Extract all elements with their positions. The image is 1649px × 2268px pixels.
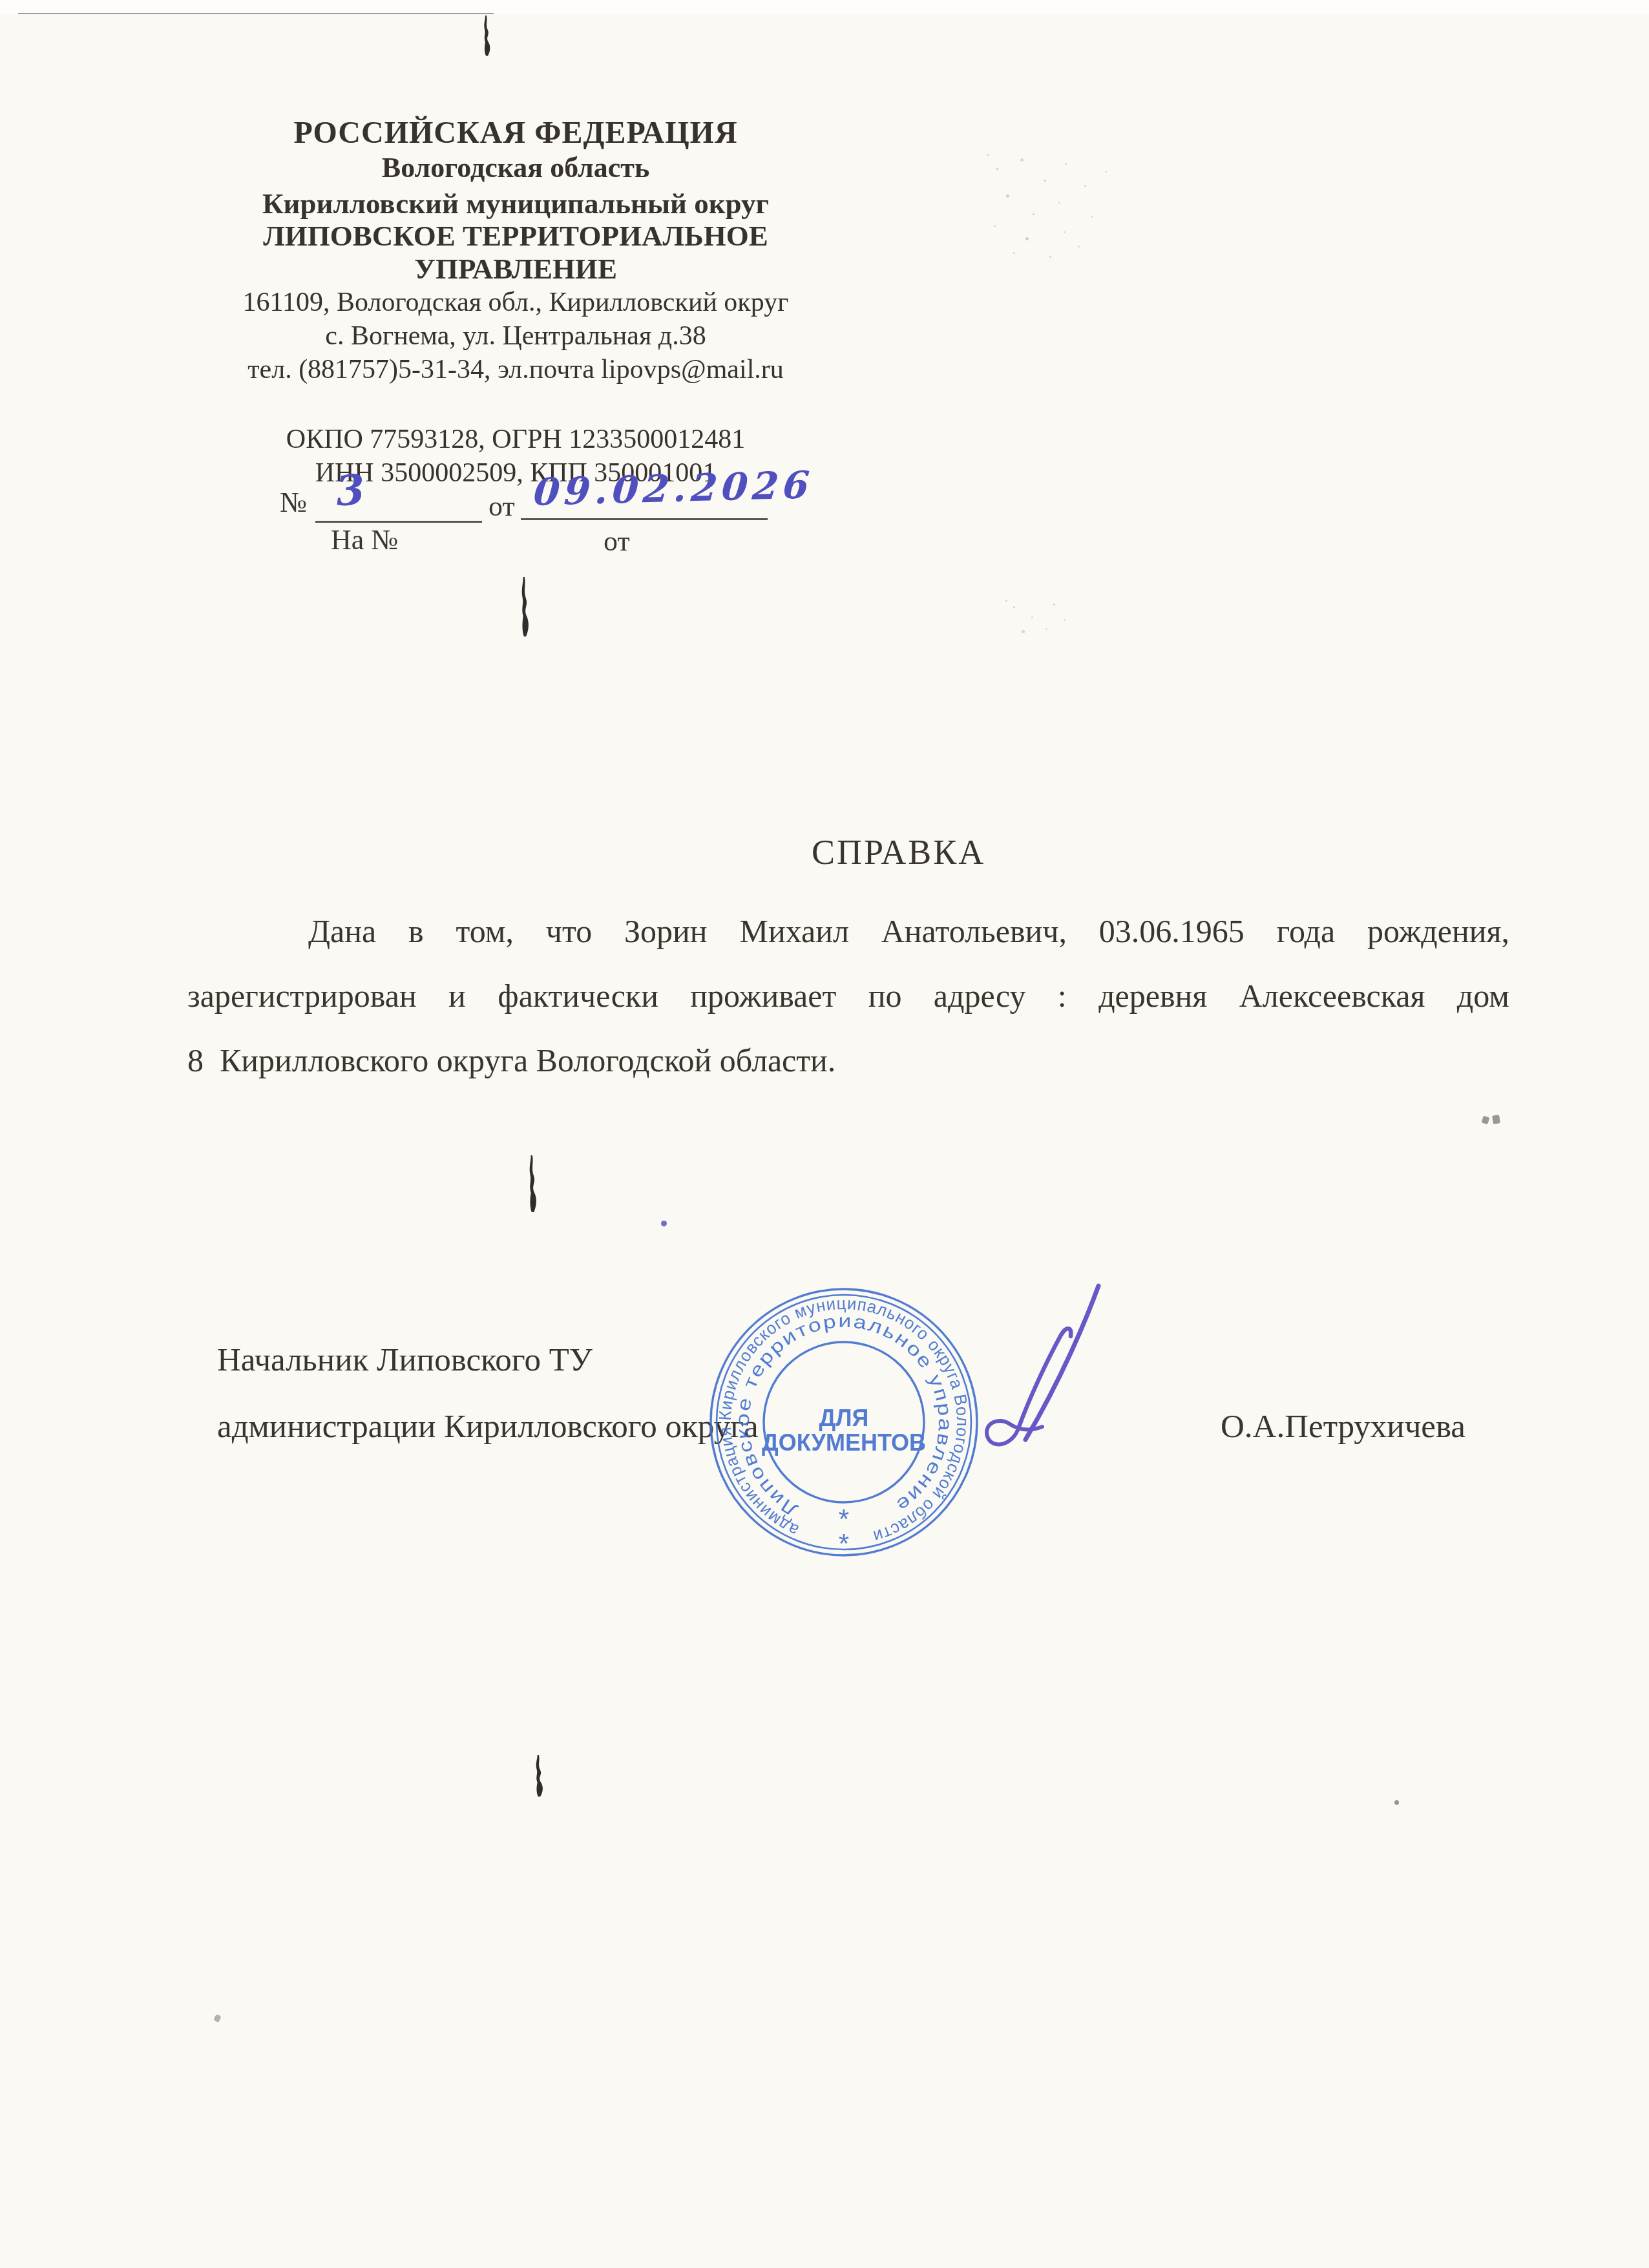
body-text-line: 8 Кирилловского округа Вологодской облас… bbox=[187, 1042, 1509, 1079]
reply-date-label: от bbox=[604, 525, 630, 558]
signer-name: О.А.Петрухичева bbox=[1189, 1408, 1465, 1445]
doc-date-handwritten-value: 09.02.2026 bbox=[532, 463, 815, 514]
stamp-center-text-line1: ДЛЯ bbox=[819, 1405, 869, 1431]
ink-dot-artifact bbox=[661, 1221, 667, 1226]
letterhead-region: Вологодская область bbox=[212, 151, 819, 187]
letterhead-country: РОССИЙСКАЯ ФЕДЕРАЦИЯ bbox=[212, 111, 819, 151]
body-text-line: зарегистрирован и фактически проживает п… bbox=[187, 977, 1509, 1014]
scan-drip-artifact bbox=[520, 577, 531, 638]
doc-number-handwritten-value: 3 bbox=[334, 466, 366, 516]
signer-position-line1: Начальник Липовского ТУ bbox=[217, 1341, 593, 1379]
scan-drip-artifact bbox=[527, 1155, 539, 1213]
document-title: СПРАВКА bbox=[812, 832, 985, 872]
scan-smudge-artifact bbox=[1482, 1114, 1502, 1126]
scan-dot-artifact bbox=[1394, 1800, 1399, 1805]
letterhead-address-line2: с. Вогнема, ул. Центральная д.38 bbox=[212, 319, 819, 353]
doc-number-label: № bbox=[280, 486, 307, 519]
scan-edge-line-artifact bbox=[18, 13, 494, 14]
letterhead-organization: ЛИПОВСКОЕ ТЕРРИТОРИАЛЬНОЕ УПРАВЛЕНИЕ bbox=[212, 220, 819, 286]
letterhead-address-line1: 161109, Вологодская обл., Кирилловский о… bbox=[212, 286, 819, 319]
scan-speckle-cluster bbox=[1005, 600, 1007, 602]
pen-signature bbox=[892, 1189, 1163, 1467]
scan-speckle-cluster bbox=[987, 154, 989, 156]
letterhead-district: Кирилловский муниципальный округ bbox=[212, 187, 819, 220]
scan-dot-artifact bbox=[213, 2014, 222, 2023]
scanned-certificate-page: РОССИЙСКАЯ ФЕДЕРАЦИЯ Вологодская область… bbox=[0, 0, 1649, 2268]
letterhead-okpo-ogrn: ОКПО 77593128, ОГРН 1233500012481 bbox=[212, 423, 819, 456]
scan-drip-artifact bbox=[482, 16, 492, 57]
letterhead-block: РОССИЙСКАЯ ФЕДЕРАЦИЯ Вологодская область… bbox=[212, 111, 819, 490]
reply-number-label: На № bbox=[331, 523, 398, 556]
signer-position-line2: администрации Кирилловского округа bbox=[217, 1408, 759, 1445]
doc-number-underline bbox=[315, 521, 482, 523]
scan-drip-artifact bbox=[534, 1755, 545, 1798]
doc-date-label: от bbox=[488, 490, 515, 523]
stamp-separator-star: * bbox=[839, 1528, 849, 1558]
doc-date-underline bbox=[521, 518, 768, 520]
body-text-line: Дана в том, что Зорин Михаил Анатольевич… bbox=[187, 912, 1509, 950]
letterhead-contact-line: тел. (881757)5-31-34, эл.почта lipovps@m… bbox=[212, 353, 819, 386]
